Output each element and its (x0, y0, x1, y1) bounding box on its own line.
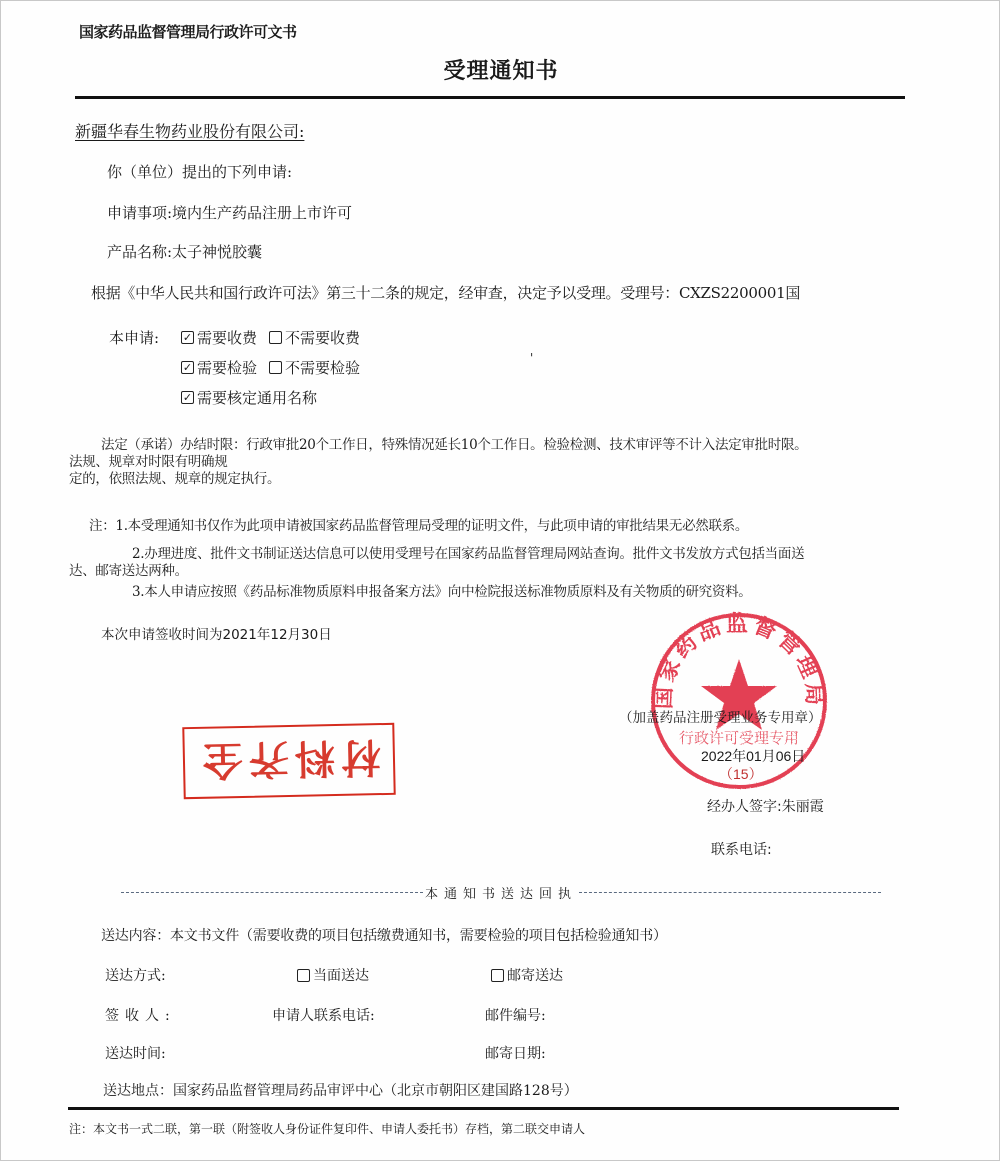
checkbox-checked-icon[interactable]: ✓ (181, 391, 194, 404)
seal-serial: （15） (719, 764, 763, 784)
option-label: 需要核定通用名称 (197, 387, 317, 408)
handler-signature: 经办人签字:朱丽霞 (707, 796, 824, 816)
recipient-company: 新疆华春生物药业股份有限公司: (75, 119, 304, 142)
delivery-content: 送达内容：本文书文件（需要收费的项目包括缴费通知书，需要检验的项目包括检验通知书… (101, 925, 667, 945)
option-label: 当面送达 (313, 965, 369, 985)
option-inspection-not-required[interactable]: 不需要检验 (269, 357, 360, 378)
application-item: 申请事项:境内生产药品注册上市许可 (107, 202, 352, 223)
checkbox-empty-icon[interactable] (269, 331, 282, 344)
dashed-line (121, 892, 423, 893)
delivery-place: 送达地点：国家药品监督管理局药品审评中心（北京市朝阳区建国路128号） (103, 1080, 578, 1100)
option-label: 邮寄送达 (507, 965, 563, 985)
checkbox-checked-icon[interactable]: ✓ (181, 361, 194, 374)
note-1: 注：1.本受理通知书仅作为此项申请被国家药品监督管理局受理的证明文件，与此项申请… (89, 514, 748, 534)
document-page: 国家药品监督管理局行政许可文书 受理通知书 新疆华春生物药业股份有限公司: 你（… (0, 0, 1000, 1161)
seal-date: 2022年01月06日 (701, 746, 805, 766)
option-generic-name-required[interactable]: ✓ 需要核定通用名称 (181, 387, 317, 408)
delivery-option-in-person[interactable]: 当面送达 (297, 965, 369, 985)
option-label: 需要检验 (197, 357, 257, 378)
document-type-header: 国家药品监督管理局行政许可文书 (79, 21, 297, 42)
checkbox-empty-icon[interactable] (491, 969, 504, 982)
svg-text:行政许可受理专用: 行政许可受理专用 (679, 729, 799, 747)
intro-text: 你（单位）提出的下列申请: (107, 161, 292, 182)
option-label: 不需要检验 (285, 357, 360, 378)
received-time: 本次申请签收时间为2021年12月30日 (101, 623, 332, 643)
footer-rule (68, 1107, 899, 1110)
receipt-title: 本通知书送达回执 (423, 883, 579, 902)
checkbox-empty-icon[interactable] (297, 969, 310, 982)
document-title-text: 受理通知书 (443, 54, 558, 85)
footnote: 注：本文书一式二联，第一联（附签收人身份证件复印件、申请人委托书）存档，第二联交… (69, 1120, 585, 1137)
signee-label: 签收人: (105, 1005, 176, 1025)
checkbox-checked-icon[interactable]: ✓ (181, 331, 194, 344)
note-3: 3.本人申请应按照《药品标准物质原料申报备案方法》向中检院报送标准物质原料及有关… (132, 580, 751, 600)
checklist-row-generic-name: ✓ 需要核定通用名称 (181, 387, 329, 408)
stray-mark: ' (530, 351, 533, 365)
seal-caption: （加盖药品注册受理业务专用章） (619, 706, 822, 726)
stamp-text: 材料齐全 (196, 731, 381, 792)
option-label: 不需要收费 (285, 327, 360, 348)
checklist-row-inspection: ✓ 需要检验 不需要检验 (181, 357, 372, 378)
handler-phone: 联系电话: (711, 839, 772, 859)
delivery-method-label: 送达方式: (105, 965, 166, 985)
option-inspection-required[interactable]: ✓ 需要检验 (181, 357, 257, 378)
applicant-phone-label: 申请人联系电话: (272, 1005, 375, 1025)
checklist-row-fee: ✓ 需要收费 不需要收费 (181, 327, 372, 348)
receipt-separator: 本通知书送达回执 (121, 883, 881, 902)
option-fee-required[interactable]: ✓ 需要收费 (181, 327, 257, 348)
note-2a: 2.办理进度、批件文书制证送达信息可以使用受理号在国家药品监督管理局网站查询。批… (132, 542, 804, 562)
document-title: 受理通知书 (1, 54, 1000, 85)
dashed-line (579, 892, 881, 893)
option-label: 需要收费 (197, 327, 257, 348)
note-2b: 达、邮寄送达两种。 (69, 559, 188, 579)
checkbox-empty-icon[interactable] (269, 361, 282, 374)
delivery-time-label: 送达时间: (105, 1043, 166, 1063)
time-limit-line-3: 定的，依照法规、规章的规定执行。 (69, 467, 280, 487)
checklist-label: 本申请: (109, 327, 159, 348)
materials-complete-stamp: 材料齐全 (182, 723, 395, 799)
title-rule (75, 96, 905, 99)
delivery-option-mail[interactable]: 邮寄送达 (491, 965, 563, 985)
option-fee-not-required[interactable]: 不需要收费 (269, 327, 360, 348)
mail-date-label: 邮寄日期: (485, 1043, 546, 1063)
acceptance-decision: 根据《中华人民共和国行政许可法》第三十二条的规定，经审查，决定予以受理。受理号：… (91, 282, 800, 303)
mail-number-label: 邮件编号: (485, 1005, 546, 1025)
product-name: 产品名称:太子神悦胶囊 (107, 241, 262, 262)
